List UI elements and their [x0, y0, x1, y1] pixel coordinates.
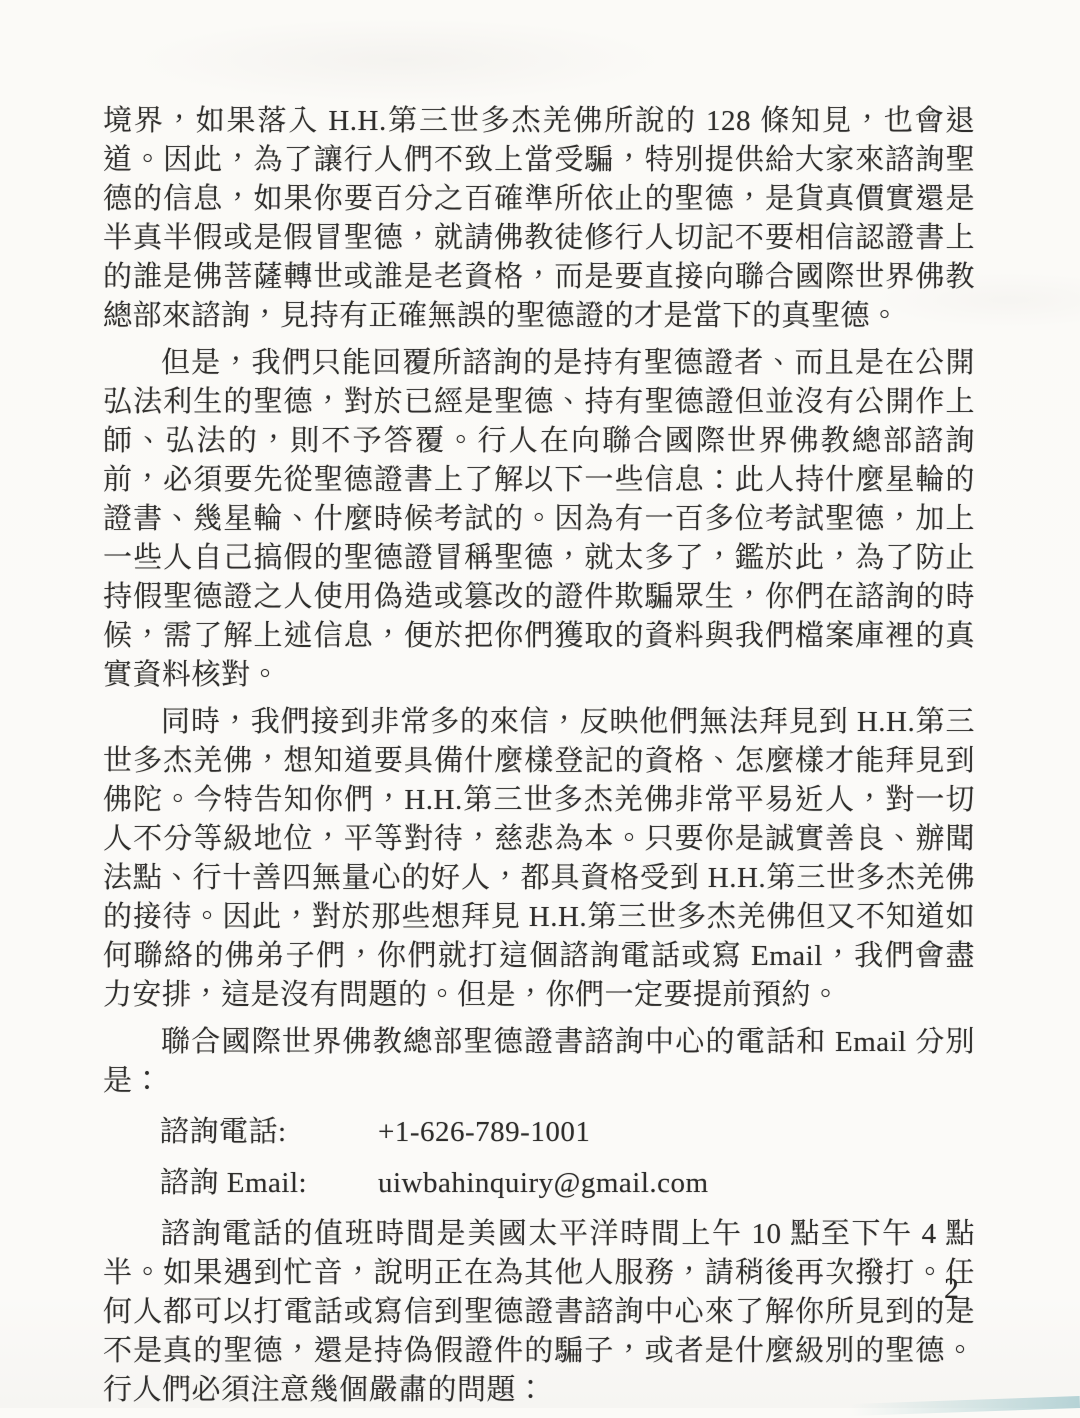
document-body: 境界，如果落入 H.H.第三世多杰羌佛所說的 128 條知見，也會退道。因此，為… [103, 102, 975, 1408]
contact-email-row: 諮詢 Email: uiwbahinquiry@gmail.com [160, 1164, 975, 1203]
email-address: uiwbahinquiry@gmail.com [378, 1164, 975, 1203]
paragraph-office-hours: 諮詢電話的值班時間是美國太平洋時間上午 10 點至下午 4 點半。如果遇到忙音，… [103, 1215, 975, 1408]
contact-phone-row: 諮詢電話: +1-626-789-1001 [160, 1113, 975, 1152]
paragraph-audience-info: 同時，我們接到非常多的來信，反映他們無法拜見到 H.H.第三世多杰羌佛，想知道要… [103, 703, 975, 1015]
page-number: 2 [944, 1270, 959, 1308]
scanned-document-page: 境界，如果落入 H.H.第三世多杰羌佛所說的 128 條知見，也會退道。因此，為… [0, 0, 1080, 1408]
paragraph-contact-intro: 聯合國際世界佛教總部聖德證書諮詢中心的電話和 Email 分別是： [103, 1023, 975, 1101]
email-label: 諮詢 Email: [160, 1164, 378, 1203]
paragraph-reply-policy: 但是，我們只能回覆所諮詢的是持有聖德證者、而且是在公開弘法利生的聖德，對於已經是… [103, 344, 975, 695]
phone-number: +1-626-789-1001 [378, 1113, 975, 1152]
paragraph-continuation: 境界，如果落入 H.H.第三世多杰羌佛所說的 128 條知見，也會退道。因此，為… [103, 102, 975, 336]
phone-label: 諮詢電話: [160, 1113, 378, 1152]
